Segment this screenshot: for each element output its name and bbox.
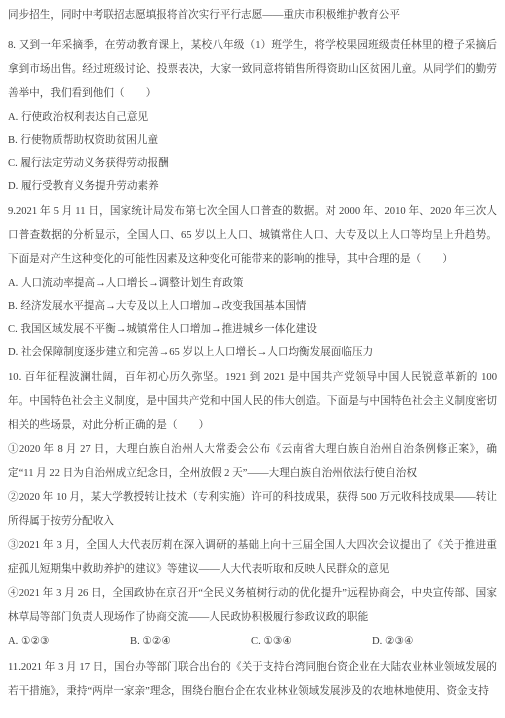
question-10-scenario-3: ③2021 年 3 月，全国人大代表厉莉在深入调研的基础上向十三届全国人大四次会… [8, 534, 497, 582]
question-11: 11.2021 年 3 月 17 日，国台办等部门联合出台的《关于支持台湾同胞台… [8, 656, 497, 704]
question-8: 8. 又到一年采摘季，在劳动教育课上，某校八年级（1）班学生，将学校果园班级责任… [8, 34, 497, 198]
question-10-stem: 10. 百年征程波澜壮阔，百年初心历久弥坚。1921 到 2021 是中国共产党… [8, 366, 497, 438]
question-8-stem: 8. 又到一年采摘季，在劳动教育课上，某校八年级（1）班学生，将学校果园班级责任… [8, 34, 497, 106]
question-8-option-c: C. 履行法定劳动义务获得劳动报酬 [8, 152, 497, 175]
question-8-option-b: B. 行使物质帮助权资助贫困儿童 [8, 129, 497, 152]
question-9-stem: 9.2021 年 5 月 11 日，国家统计局发布第七次全国人口普查的数据。对 … [8, 200, 497, 272]
question-10-scenario-1: ①2020 年 8 月 27 日，大理白族自治州人大常委会公布《云南省大理白族自… [8, 438, 497, 486]
question-10-option-d: D. ②③④ [372, 630, 497, 654]
question-8-option-d: D. 履行受教育义务提升劳动素养 [8, 175, 497, 198]
question-9-option-c: C. 我国区域发展不平衡→城镇常住人口增加→推进城乡一体化建设 [8, 318, 497, 341]
question-10-options-row: A. ①②③ B. ①②④ C. ①③④ D. ②③④ [8, 630, 497, 654]
question-10-scenario-2: ②2020 年 10 月，某大学教授转让技术（专利实施）许可的科技成果，获得 5… [8, 486, 497, 534]
question-9-option-a: A. 人口流动率提高→人口增长→调整计划生育政策 [8, 272, 497, 295]
question-10-option-c: C. ①③④ [251, 630, 372, 654]
exam-document-page: 同步招生，同时中考联招志愿填报将首次实行平行志愿——重庆市积极维护教育公平 8.… [0, 0, 505, 718]
question-10: 10. 百年征程波澜壮阔，百年初心历久弥坚。1921 到 2021 是中国共产党… [8, 366, 497, 654]
question-9-option-b: B. 经济发展水平提高→大专及以上人口增加→改变我国基本国情 [8, 295, 497, 318]
intro-line: 同步招生，同时中考联招志愿填报将首次实行平行志愿——重庆市积极维护教育公平 [8, 4, 497, 28]
question-10-scenario-4: ④2021 年 3 月 26 日，全国政协在京召开“全民义务植树行动的优化提升”… [8, 582, 497, 630]
question-9-option-d: D. 社会保障制度逐步建立和完善→65 岁以上人口增长→人口均衡发展面临压力 [8, 341, 497, 364]
question-10-option-a: A. ①②③ [8, 630, 130, 654]
question-11-stem: 11.2021 年 3 月 17 日，国台办等部门联合出台的《关于支持台湾同胞台… [8, 656, 497, 704]
question-9: 9.2021 年 5 月 11 日，国家统计局发布第七次全国人口普查的数据。对 … [8, 200, 497, 364]
question-8-option-a: A. 行使政治权利表达自己意见 [8, 106, 497, 129]
question-10-option-b: B. ①②④ [130, 630, 251, 654]
